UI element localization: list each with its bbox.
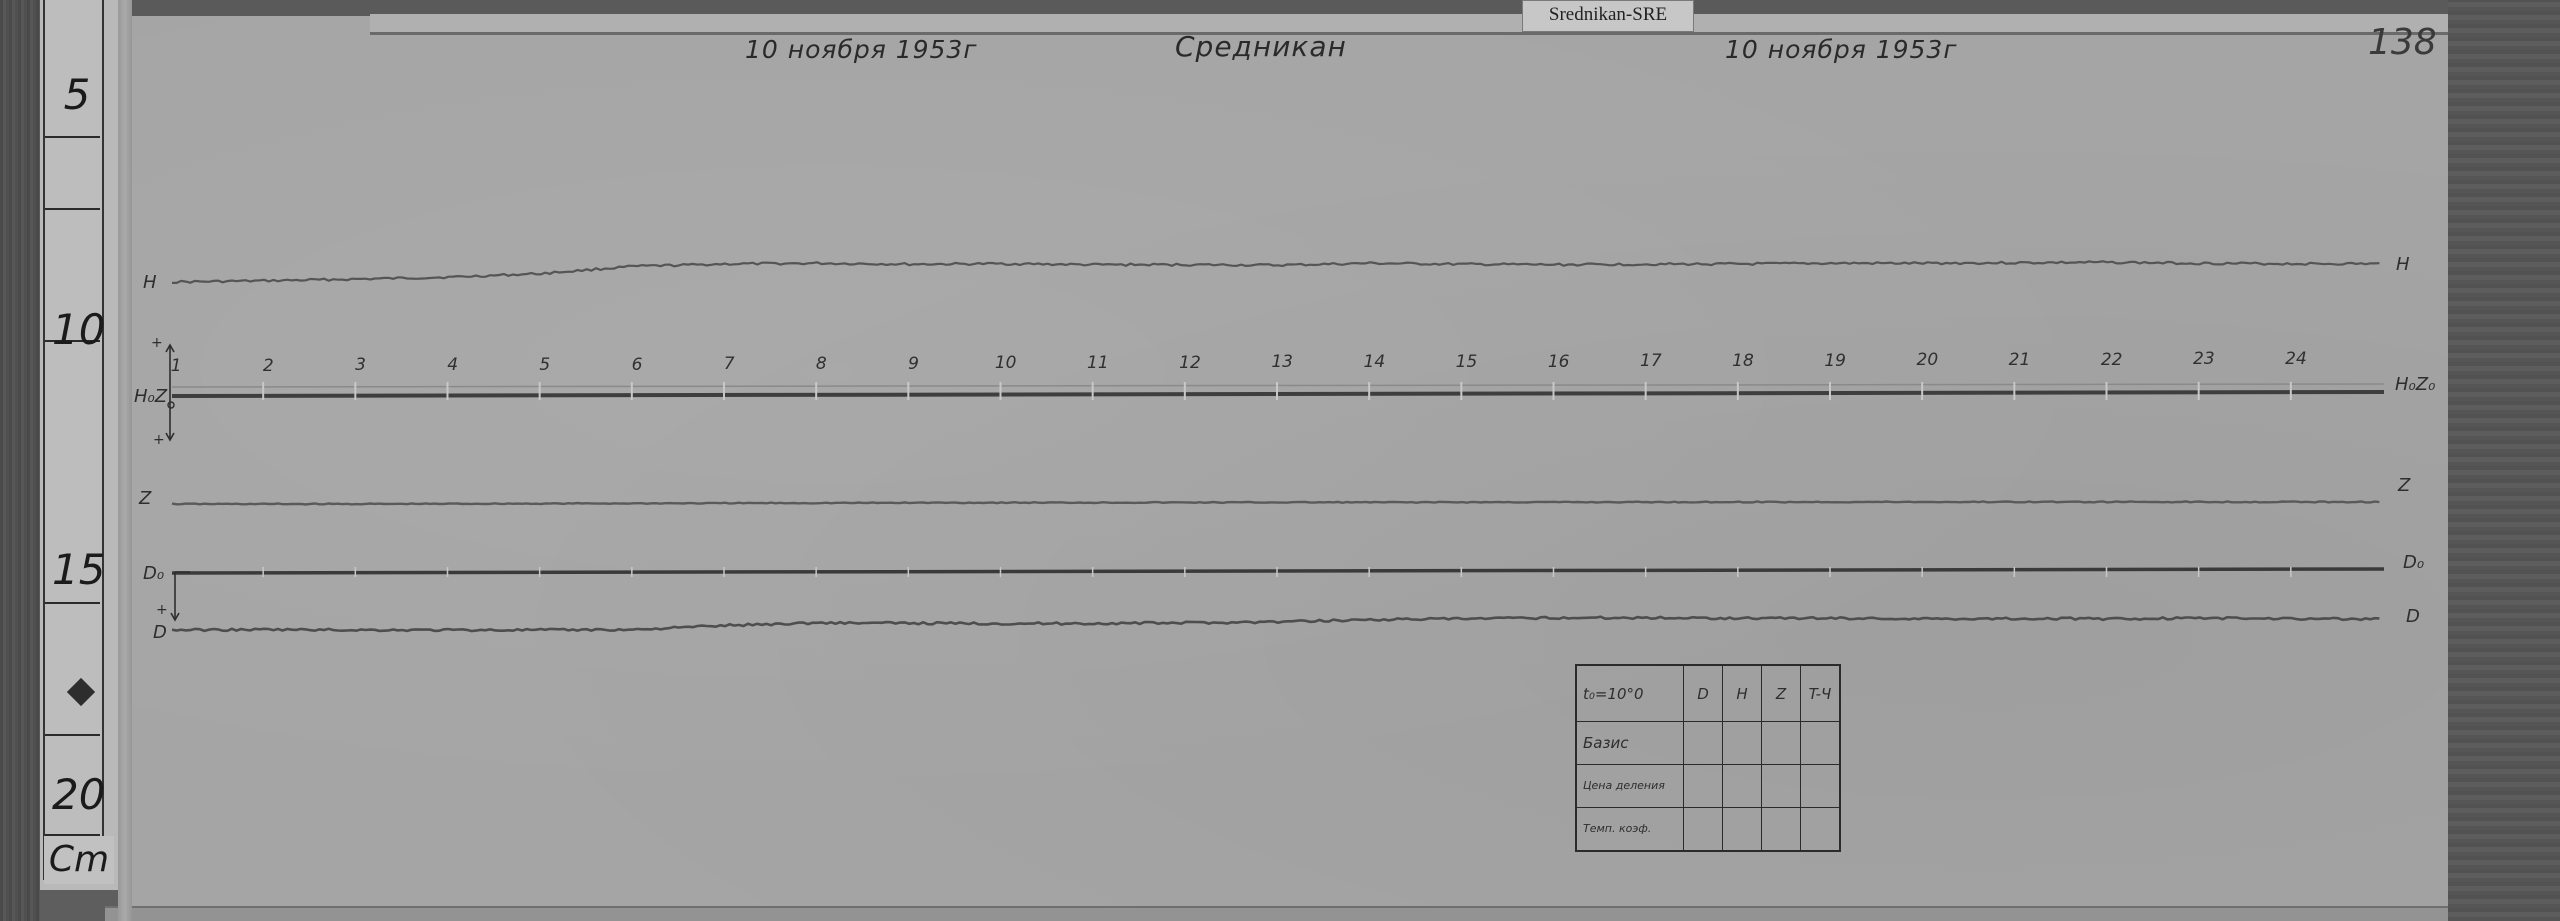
hour-label: 23 <box>2193 349 2215 369</box>
table-header-cell: T-Ч <box>1801 665 1841 722</box>
baseline-d0 <box>172 569 2384 573</box>
label-h-right: H <box>2396 254 2410 275</box>
hour-label: 21 <box>2009 350 2031 370</box>
hour-label: 9 <box>908 354 919 374</box>
table-cell <box>1684 722 1723 765</box>
hour-label: 16 <box>1548 352 1570 372</box>
table-row-label: Базис <box>1576 722 1684 765</box>
hour-label: 20 <box>1917 350 1939 370</box>
table-cell <box>1723 765 1762 808</box>
table-row: Базис <box>1576 722 1840 765</box>
hour-label: 24 <box>2285 349 2307 369</box>
hour-label: 17 <box>1640 351 1662 371</box>
table-cell <box>1723 808 1762 852</box>
table-cell <box>1801 722 1841 765</box>
table-cell <box>1684 765 1723 808</box>
hour-label: 12 <box>1179 353 1201 373</box>
table-row-label: Темп. коэф. <box>1576 808 1684 852</box>
hour-label: 5 <box>539 355 550 375</box>
label-h0z0-right: H₀Z₀ <box>2395 374 2435 395</box>
label-h0z0-left: H₀Z <box>134 386 167 407</box>
hour-label: 14 <box>1364 352 1386 372</box>
label-z-left: Z <box>139 488 151 509</box>
plus-mark: + <box>156 602 168 618</box>
hour-label: 11 <box>1087 353 1109 373</box>
calibration-table: t₀=10°0 D H Z T-Ч Базис Цена деления Тем… <box>1575 664 1841 852</box>
hour-label: 10 <box>995 353 1017 373</box>
hour-label: 7 <box>724 354 735 374</box>
trace-h <box>172 261 2379 283</box>
hour-label: 19 <box>1824 351 1846 371</box>
table-header-cell: H <box>1723 665 1762 722</box>
table-cell <box>1684 808 1723 852</box>
table-header-cell: t₀=10°0 <box>1576 665 1684 722</box>
table-cell <box>1762 765 1801 808</box>
trace-z <box>172 501 2379 504</box>
trace-d <box>172 617 2379 631</box>
label-h-left: H <box>143 272 157 293</box>
table-row-label: Цена деления <box>1576 765 1684 808</box>
hour-label: 4 <box>447 355 458 375</box>
hour-label: 15 <box>1456 352 1478 372</box>
label-d-right: D <box>2406 606 2420 627</box>
table-header-row: t₀=10°0 D H Z T-Ч <box>1576 665 1840 722</box>
hour-label: 6 <box>632 355 643 375</box>
plus-mark: + <box>153 432 165 448</box>
hour-label: 13 <box>1271 352 1293 372</box>
hour-label: 1 <box>171 356 182 376</box>
label-z-right: Z <box>2398 475 2410 496</box>
hour-label: 22 <box>2101 350 2123 370</box>
magnetogram-traces <box>0 0 2560 921</box>
table-cell <box>1762 808 1801 852</box>
table-header-cell: Z <box>1762 665 1801 722</box>
table-cell <box>1801 765 1841 808</box>
label-d0-left: D₀ <box>143 563 164 584</box>
table-cell <box>1762 722 1801 765</box>
hour-label: 18 <box>1732 351 1754 371</box>
hour-label: 2 <box>263 356 274 376</box>
table-cell <box>1801 808 1841 852</box>
hour-label: 8 <box>816 354 827 374</box>
hour-label: 3 <box>355 355 366 375</box>
table-row: Цена деления <box>1576 765 1840 808</box>
table-row: Темп. коэф. <box>1576 808 1840 852</box>
plus-mark: + <box>151 335 163 351</box>
label-d0-right: D₀ <box>2403 552 2424 573</box>
table-header-cell: D <box>1684 665 1723 722</box>
label-d-left: D <box>153 622 167 643</box>
table-cell <box>1723 722 1762 765</box>
